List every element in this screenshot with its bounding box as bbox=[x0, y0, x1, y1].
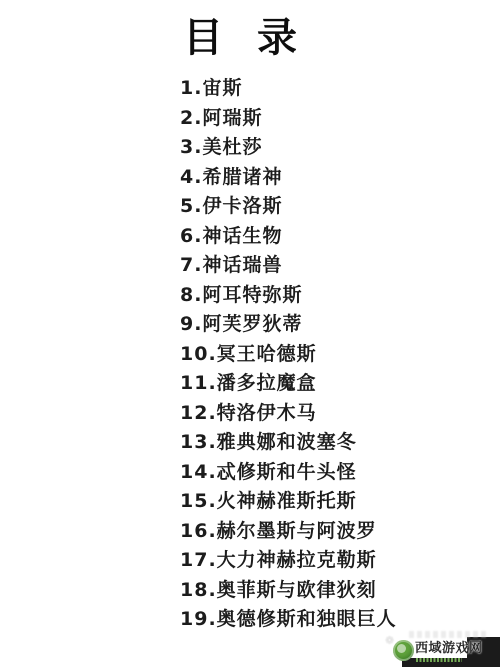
toc-item: 15.火神赫准斯托斯 bbox=[180, 485, 397, 515]
toc-item: 19.奥德修斯和独眼巨人 bbox=[180, 603, 397, 633]
toc-item: 14.忒修斯和牛头怪 bbox=[180, 456, 397, 486]
toc-item: 12.特洛伊木马 bbox=[180, 397, 397, 427]
toc-item: 4.希腊诸神 bbox=[180, 161, 397, 191]
watermark-logo-leaf bbox=[397, 644, 406, 653]
toc-item: 17.大力神赫拉克勒斯 bbox=[180, 544, 397, 574]
watermark-site-name: 西域游戏网 bbox=[415, 637, 483, 656]
toc-item: 16.赫尔墨斯与阿波罗 bbox=[180, 515, 397, 545]
toc-item: 9.阿芙罗狄蒂 bbox=[180, 308, 397, 338]
toc-item: 7.神话瑞兽 bbox=[180, 249, 397, 279]
toc-item: 5.伊卡洛斯 bbox=[180, 190, 397, 220]
page-title: 目 录 bbox=[0, 6, 495, 63]
toc-item: 10.冥王哈德斯 bbox=[180, 338, 397, 368]
toc-item: 8.阿耳特弥斯 bbox=[180, 279, 397, 309]
table-of-contents: 1.宙斯2.阿瑞斯3.美杜莎4.希腊诸神5.伊卡洛斯6.神话生物7.神话瑞兽8.… bbox=[180, 72, 397, 633]
watermark-logo-icon bbox=[393, 640, 414, 661]
toc-item: 13.雅典娜和波塞冬 bbox=[180, 426, 397, 456]
watermark-subline bbox=[416, 658, 462, 662]
toc-item: 6.神话生物 bbox=[180, 220, 397, 250]
toc-item: 2.阿瑞斯 bbox=[180, 102, 397, 132]
toc-item: 11.潘多拉魔盒 bbox=[180, 367, 397, 397]
toc-item: 3.美杜莎 bbox=[180, 131, 397, 161]
toc-item: 18.奥菲斯与欧律狄刻 bbox=[180, 574, 397, 604]
watermark: ❁ 西域游戏网 bbox=[385, 625, 500, 667]
toc-item: 1.宙斯 bbox=[180, 72, 397, 102]
